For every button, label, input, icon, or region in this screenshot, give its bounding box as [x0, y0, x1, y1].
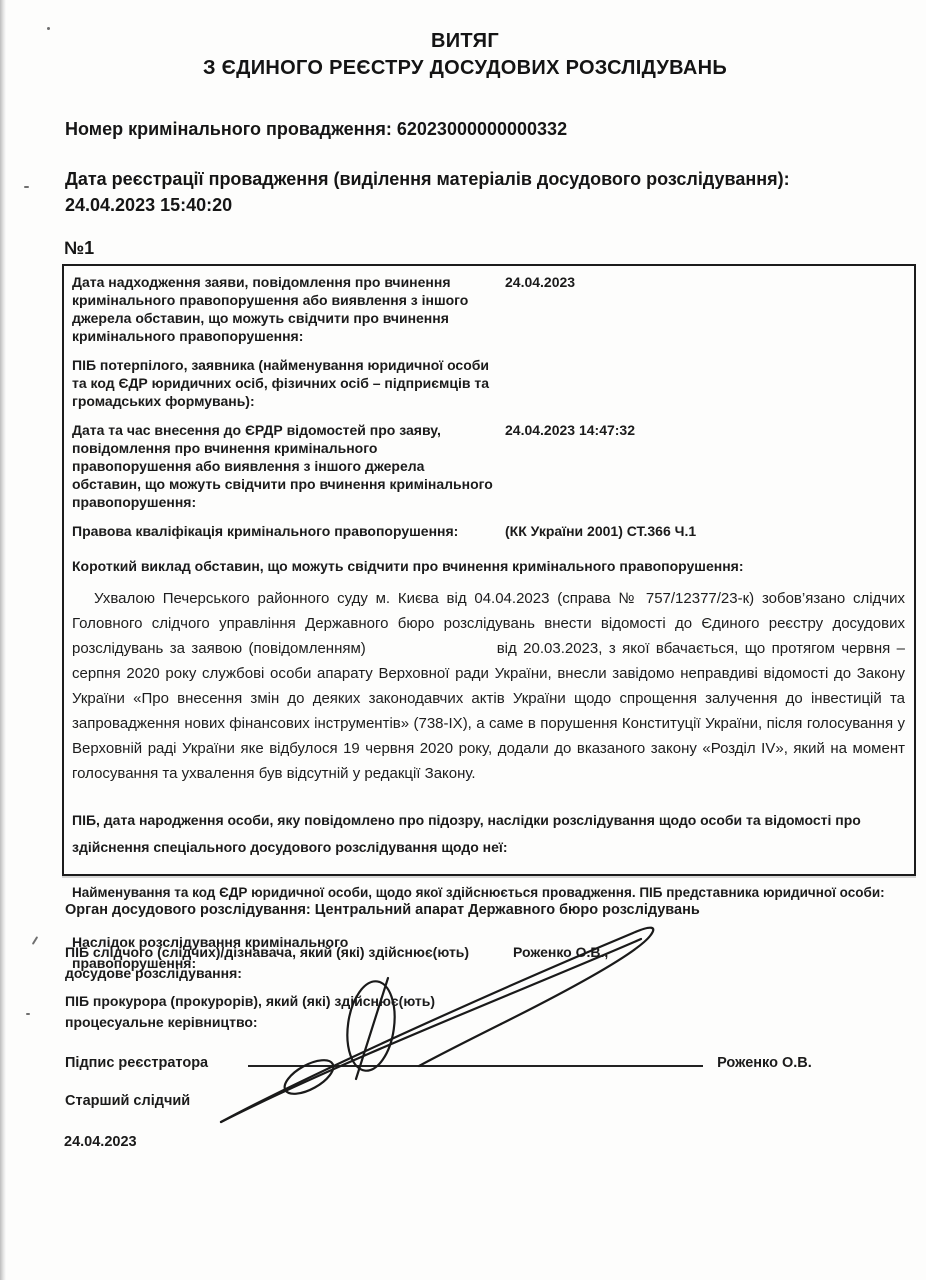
field-value-legal-qualification: (КК України 2001) СТ.366 Ч.1 — [505, 522, 905, 540]
investigator-label: ПІБ слідчого (слідчих)/дізнавача, який (… — [65, 942, 513, 984]
summary-section-label: Короткий виклад обставин, що можуть свід… — [72, 557, 905, 575]
case-number-label: Номер кримінального провадження: — [65, 119, 392, 139]
summary-paragraph: Ухвалою Печерського районного суду м. Ки… — [72, 586, 905, 786]
field-value-victim-applicant — [505, 356, 905, 410]
document-page: ВИТЯГ З ЄДИНОГО РЕЄСТРУ ДОСУДОВИХ РОЗСЛІ… — [0, 0, 926, 1280]
prosecutor-name — [513, 991, 896, 1033]
record-number: №1 — [64, 238, 926, 259]
registration-date-label: Дата реєстрації провадження (виділення м… — [65, 169, 790, 189]
scan-speck — [47, 27, 50, 30]
redacted-gap — [372, 652, 490, 653]
document-subtitle: З ЄДИНОГО РЕЄСТРУ ДОСУДОВИХ РОЗСЛІДУВАНЬ — [64, 55, 866, 82]
investigation-authority-line: Орган досудового розслідування: Централь… — [65, 900, 882, 920]
investigator-name: Роженко О.В., — [513, 942, 896, 984]
suspect-section-label: ПІБ, дата народження особи, яку повідомл… — [72, 807, 905, 861]
summary-text-part2: від 20.03.2023, з якої вбачається, що пр… — [72, 640, 905, 782]
authority-value: Центральний апарат Державного бюро розсл… — [315, 902, 700, 918]
document-date: 24.04.2023 — [64, 1134, 926, 1150]
field-label-erdr-entry-datetime: Дата та час внесення до ЄРДР відомостей … — [72, 421, 505, 511]
prosecutor-line: ПІБ прокурора (прокурорів), який (які) з… — [65, 991, 896, 1033]
scan-speck — [24, 186, 29, 188]
field-value-erdr-entry-datetime: 24.04.2023 14:47:32 — [505, 421, 905, 511]
scan-speck — [32, 936, 38, 945]
signature-underline — [248, 1065, 703, 1067]
registrar-position: Старший слідчий — [65, 1093, 926, 1109]
registration-date-line: Дата реєстрації провадження (виділення м… — [65, 166, 882, 218]
field-label-legal-qualification: Правова кваліфікація кримінального право… — [72, 522, 505, 540]
scan-edge-artifact — [0, 0, 6, 1280]
registrar-name: Роженко О.В. — [717, 1055, 812, 1071]
prosecutor-label: ПІБ прокурора (прокурорів), який (які) з… — [65, 991, 513, 1033]
document-header: ВИТЯГ З ЄДИНОГО РЕЄСТРУ ДОСУДОВИХ РОЗСЛІ… — [64, 28, 866, 82]
authority-label: Орган досудового розслідування: — [65, 902, 311, 918]
case-number-line: Номер кримінального провадження: 6202300… — [65, 116, 882, 142]
field-label-incident-report-date: Дата надходження заяви, повідомлення про… — [72, 273, 505, 345]
table-row: Правова кваліфікація кримінального право… — [72, 522, 905, 540]
investigator-line: ПІБ слідчого (слідчих)/дізнавача, який (… — [65, 942, 896, 984]
registrar-signature-line: Підпис реєстратора Роженко О.В. — [65, 1055, 896, 1071]
document-title: ВИТЯГ — [64, 28, 866, 55]
registrar-signature-label: Підпис реєстратора — [65, 1055, 208, 1071]
registration-date-value: 24.04.2023 15:40:20 — [65, 195, 232, 215]
table-row: Дата надходження заяви, повідомлення про… — [72, 273, 905, 345]
case-number-value: 62023000000000332 — [397, 119, 567, 139]
table-row: ПІБ потерпілого, заявника (найменування … — [72, 356, 905, 410]
scan-speck — [26, 1013, 30, 1015]
registry-table: Дата надходження заяви, повідомлення про… — [62, 264, 916, 876]
field-label-victim-applicant: ПІБ потерпілого, заявника (найменування … — [72, 356, 505, 410]
table-row: Дата та час внесення до ЄРДР відомостей … — [72, 421, 905, 511]
field-value-incident-report-date: 24.04.2023 — [505, 273, 905, 345]
